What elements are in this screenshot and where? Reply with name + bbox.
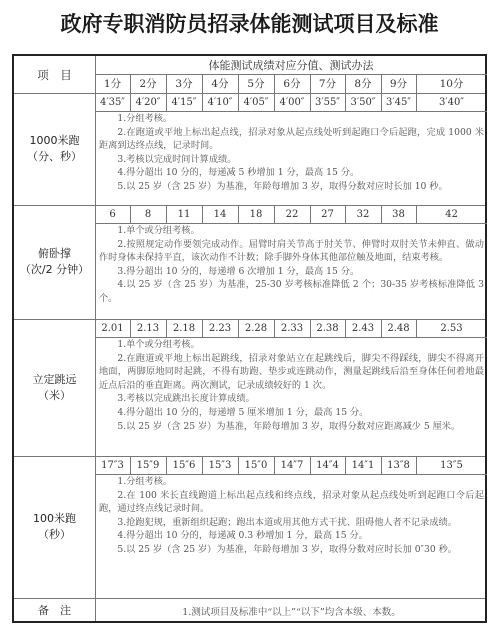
divider bbox=[274, 205, 275, 223]
divider bbox=[274, 319, 275, 337]
standard-value: 15″0 bbox=[238, 456, 274, 474]
page-title: 政府专职消防员招录体能测试项目及标准 bbox=[0, 8, 499, 38]
divider bbox=[416, 456, 417, 474]
standard-value: 42 bbox=[416, 205, 487, 223]
standard-value: 13″5 bbox=[416, 456, 487, 474]
standard-value: 11 bbox=[166, 205, 202, 223]
score-header-2: 2分 bbox=[130, 74, 166, 93]
item-name: 1000米跑 bbox=[30, 133, 80, 149]
divider bbox=[345, 205, 346, 223]
standard-value: 4′20″ bbox=[130, 93, 166, 111]
standard-value: 22 bbox=[274, 205, 310, 223]
divider bbox=[202, 319, 203, 337]
standard-value: 15″9 bbox=[130, 456, 166, 474]
standard-value: 14″4 bbox=[310, 456, 345, 474]
divider bbox=[238, 205, 239, 223]
standard-value: 4′10″ bbox=[202, 93, 238, 111]
divider bbox=[345, 456, 346, 474]
divider bbox=[274, 74, 275, 93]
item-standing-long-jump: 立定跳远 （米） bbox=[14, 319, 95, 456]
divider bbox=[238, 319, 239, 337]
standard-value: 27 bbox=[310, 205, 345, 223]
divider bbox=[166, 74, 167, 93]
standard-value: 4′05″ bbox=[238, 93, 274, 111]
divider bbox=[345, 319, 346, 337]
method-line: 1.分组考核。 bbox=[99, 475, 484, 489]
method-line: 1.单个或分组考核。 bbox=[99, 224, 484, 238]
standard-value: 2.18 bbox=[166, 319, 202, 337]
score-header-6: 6分 bbox=[274, 74, 310, 93]
divider bbox=[310, 93, 311, 111]
standard-value: 4′00″ bbox=[274, 93, 310, 111]
score-group-header: 体能测试成绩对应分值、测试办法 bbox=[95, 56, 487, 74]
divider bbox=[130, 456, 131, 474]
standard-value: 15″3 bbox=[202, 456, 238, 474]
standard-value: 18 bbox=[238, 205, 274, 223]
method-line: 1.分组考核。 bbox=[99, 112, 484, 126]
divider bbox=[166, 93, 167, 111]
method-line: 4.得分超出 10 分的，每递减 5 秒增加 1 分，最高 15 分。 bbox=[99, 166, 484, 180]
divider bbox=[130, 74, 131, 93]
item-unit: （分、秒） bbox=[27, 149, 82, 165]
test-method-1000m-run: 1.分组考核。2.在跑道或平地上标出起点线，招录对象从起点线处听到起跑口令后起跑… bbox=[96, 112, 487, 205]
item-1000m-run: 1000米跑 （分、秒） bbox=[14, 93, 95, 205]
divider bbox=[345, 93, 346, 111]
divider bbox=[310, 74, 311, 93]
score-header-1: 1分 bbox=[95, 74, 130, 93]
divider bbox=[166, 456, 167, 474]
method-line: 4.得分超出 10 分的，每递增 5 厘米增加 1 分，最高 15 分。 bbox=[99, 406, 484, 420]
divider bbox=[166, 319, 167, 337]
divider bbox=[310, 456, 311, 474]
divider bbox=[416, 319, 417, 337]
method-line: 3.考核以完成跳出长度计算成绩。 bbox=[99, 392, 484, 406]
method-line: 2.在跑道或平地上标出起点线，招录对象从起点线处听到起跑口令后起跑，完成 100… bbox=[99, 126, 484, 153]
divider bbox=[381, 319, 382, 337]
standard-value: 15″6 bbox=[166, 456, 202, 474]
item-100m-run: 100米跑 （秒） bbox=[14, 456, 95, 598]
standard-value: 2.48 bbox=[381, 319, 416, 337]
divider bbox=[381, 456, 382, 474]
standard-value: 2.23 bbox=[202, 319, 238, 337]
standard-value: 13″8 bbox=[381, 456, 416, 474]
method-line: 3.得分超出 10 分的，每递增 6 次增加 1 分，最高 15 分。 bbox=[99, 265, 484, 279]
standard-value: 2.28 bbox=[238, 319, 274, 337]
divider bbox=[202, 93, 203, 111]
score-header-8: 8分 bbox=[345, 74, 381, 93]
divider bbox=[202, 74, 203, 93]
divider bbox=[416, 93, 417, 111]
method-line: 2.按照规定动作要领完成动作。屈臂时肩关节高于肘关节、伸臂时双肘关节未伸直、做动… bbox=[99, 238, 484, 265]
item-name: 立定跳远 bbox=[33, 372, 77, 388]
divider bbox=[202, 456, 203, 474]
standard-value: 2.38 bbox=[310, 319, 345, 337]
method-line: 4.以 25 岁（含 25 岁）为基准，25-30 岁考核标准降低 2 个；30… bbox=[99, 278, 484, 305]
divider bbox=[274, 93, 275, 111]
score-header-9: 9分 bbox=[381, 74, 416, 93]
standard-value: 2.33 bbox=[274, 319, 310, 337]
divider bbox=[381, 205, 382, 223]
score-header-10: 10分 bbox=[416, 74, 487, 93]
divider bbox=[202, 205, 203, 223]
standard-value: 3′40″ bbox=[416, 93, 487, 111]
method-line: 5.以 25 岁（含 25 岁）为基准，年龄每增加 3 岁，取得分数对应时长加 … bbox=[99, 180, 484, 194]
method-line: 1.单个或分组考核。 bbox=[99, 338, 484, 352]
method-line: 2.在 100 米长直线跑道上标出起点线和终点线，招录对象从起点线处听到起跑口令… bbox=[99, 489, 484, 516]
divider bbox=[238, 74, 239, 93]
remark-text: 1.测试项目及标准中“以上”“以下”均含本级、本数。 bbox=[96, 598, 487, 623]
divider bbox=[95, 74, 487, 75]
standard-value: 4′15″ bbox=[166, 93, 202, 111]
test-method-standing-long-jump: 1.单个或分组考核。2.在跑道或平地上标出起跳线，招录对象站立在起跳线后，脚尖不… bbox=[96, 338, 487, 456]
method-line: 4.得分超出 10 分的，每递减 0.3 秒增加 1 分，最高 15 分。 bbox=[99, 529, 484, 543]
divider bbox=[345, 74, 346, 93]
divider bbox=[416, 74, 417, 93]
standard-value: 8 bbox=[130, 205, 166, 223]
method-line: 5.以 25 岁（含 25 岁）为基准，年龄每增加 3 岁，取得分数对应时长加 … bbox=[99, 543, 484, 557]
divider bbox=[274, 456, 275, 474]
standard-value: 2.43 bbox=[345, 319, 381, 337]
divider bbox=[310, 205, 311, 223]
score-header-5: 5分 bbox=[238, 74, 274, 93]
item-name: 俯卧撑 bbox=[38, 246, 71, 262]
standard-value: 3′50″ bbox=[345, 93, 381, 111]
divider bbox=[130, 93, 131, 111]
divider bbox=[416, 205, 417, 223]
item-push-up: 俯卧撑 （次/2 分钟） bbox=[14, 205, 95, 319]
method-line: 3.考核以完成时间计算成绩。 bbox=[99, 153, 484, 167]
standard-value: 2.53 bbox=[416, 319, 487, 337]
standard-value: 4′35″ bbox=[95, 93, 130, 111]
test-method-100m-run: 1.分组考核。2.在 100 米长直线跑道上标出起点线和终点线，招录对象从起点线… bbox=[96, 475, 487, 598]
standard-value: 38 bbox=[381, 205, 416, 223]
standard-value: 14″7 bbox=[274, 456, 310, 474]
standard-value: 14 bbox=[202, 205, 238, 223]
score-header-7: 7分 bbox=[310, 74, 345, 93]
standard-value: 32 bbox=[345, 205, 381, 223]
standard-value: 6 bbox=[95, 205, 130, 223]
score-header-3: 3分 bbox=[166, 74, 202, 93]
divider bbox=[381, 93, 382, 111]
standard-value: 17″3 bbox=[95, 456, 130, 474]
divider bbox=[238, 93, 239, 111]
standard-value: 2.01 bbox=[95, 319, 130, 337]
divider bbox=[130, 205, 131, 223]
method-line: 2.在跑道或平地上标出起跳线，招录对象站立在起跳线后，脚尖不得踩线，脚尖不得离开… bbox=[99, 352, 484, 393]
test-method-push-up: 1.单个或分组考核。2.按照规定动作要领完成动作。屈臂时肩关节高于肘关节、伸臂时… bbox=[96, 224, 487, 319]
divider bbox=[238, 456, 239, 474]
divider bbox=[166, 205, 167, 223]
divider bbox=[381, 74, 382, 93]
method-line: 5.以 25 岁（含 25 岁）为基准，年龄每增加 3 岁，取得分数对应距离减少… bbox=[99, 420, 484, 434]
item-unit: （米） bbox=[38, 388, 71, 404]
method-line: 3.抢跑犯规，重新组织起跑；跑出本道或用其他方式干扰、阻碍他人者不记录成绩。 bbox=[99, 516, 484, 530]
standard-value: 3′45″ bbox=[381, 93, 416, 111]
item-unit: （秒） bbox=[38, 527, 71, 543]
divider bbox=[130, 319, 131, 337]
standard-value: 2.13 bbox=[130, 319, 166, 337]
item-header: 项 目 bbox=[14, 56, 95, 93]
item-name: 100米跑 bbox=[33, 511, 76, 527]
divider bbox=[310, 319, 311, 337]
standard-value: 14″1 bbox=[345, 456, 381, 474]
score-header-4: 4分 bbox=[202, 74, 238, 93]
standards-table: 项 目体能测试成绩对应分值、测试办法1分2分3分4分5分6分7分8分9分10分 … bbox=[12, 54, 487, 623]
remark-label: 备 注 bbox=[14, 598, 95, 623]
item-unit: （次/2 分钟） bbox=[20, 262, 89, 278]
standard-value: 3′55″ bbox=[310, 93, 345, 111]
